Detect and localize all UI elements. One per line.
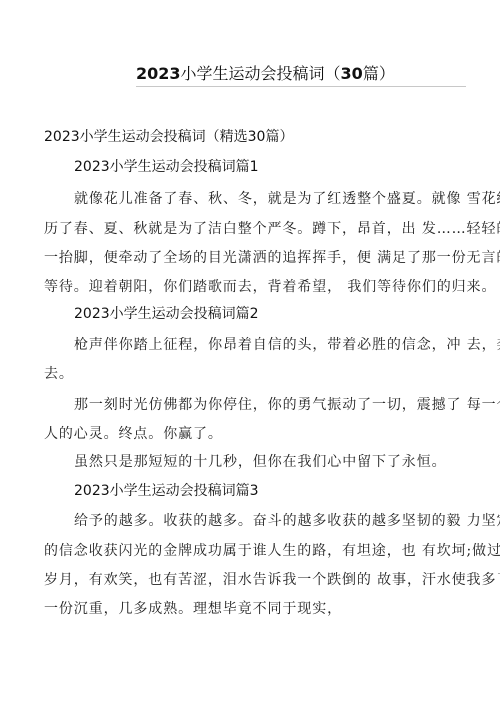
document-title: 2023小学生运动会投稿词（30篇） [136,64,466,87]
document-subtitle: 2023小学生运动会投稿词（精选30篇） [44,127,293,147]
section-heading-2: 2023小学生运动会投稿词篇2 [74,304,259,324]
title-suffix: 篇） [363,64,395,83]
paragraph-line: 给予的越多。收获的越多。奋斗的越多收获的越多坚韧的毅 力坚定 [74,511,500,531]
paragraph-line: 等待。迎着朝阳，你们踏歌而去，背着希望， 我们等待你们的归来。 [44,277,496,297]
title-text: 小学生运动会投稿词（ [181,64,341,83]
paragraph-line: 一抬脚，便牵动了全场的目光潇洒的追挥挥手，便 满足了那一份无言的 [44,248,500,268]
paragraph-line: 历了春、夏、秋就是为了洁白整个严冬。蹲下，昂首，出 发……轻轻的 [44,219,500,239]
paragraph-line: 的信念收获闪光的金牌成功属于谁人生的路，有坦途，也 有坎坷;做过的 [44,541,500,561]
title-count: 30 [341,64,363,83]
section-heading-3: 2023小学生运动会投稿词篇3 [74,481,259,501]
document-page: 2023小学生运动会投稿词（30篇） 2023小学生运动会投稿词（精选30篇） … [0,0,500,706]
paragraph-line: 就像花儿准备了春、秋、冬，就是为了红透整个盛夏。就像 雪花经 [74,189,500,209]
section-heading-1: 2023小学生运动会投稿词篇1 [74,157,259,177]
paragraph-line: 人的心灵。终点。你赢了。 [44,424,223,444]
paragraph-line: 岁月，有欢笑，也有苦涩，泪水告诉我一个跌倒的 故事，汗水使我多了 [44,570,500,590]
paragraph-line: 一份沉重，几多成熟。理想毕竟不同于现实， [44,599,342,619]
paragraph-line: 去。 [44,364,74,384]
paragraph-line: 那一刻时光仿佛都为你停住，你的勇气振动了一切，震撼了 每一个 [74,395,500,415]
paragraph-line: 虽然只是那短短的十几秒，但你在我们心中留下了永恒。 [74,452,447,472]
title-year: 2023 [136,64,181,83]
paragraph-line: 枪声伴你踏上征程，你昂着自信的头，带着必胜的信念，冲 去，奔 [74,335,500,355]
